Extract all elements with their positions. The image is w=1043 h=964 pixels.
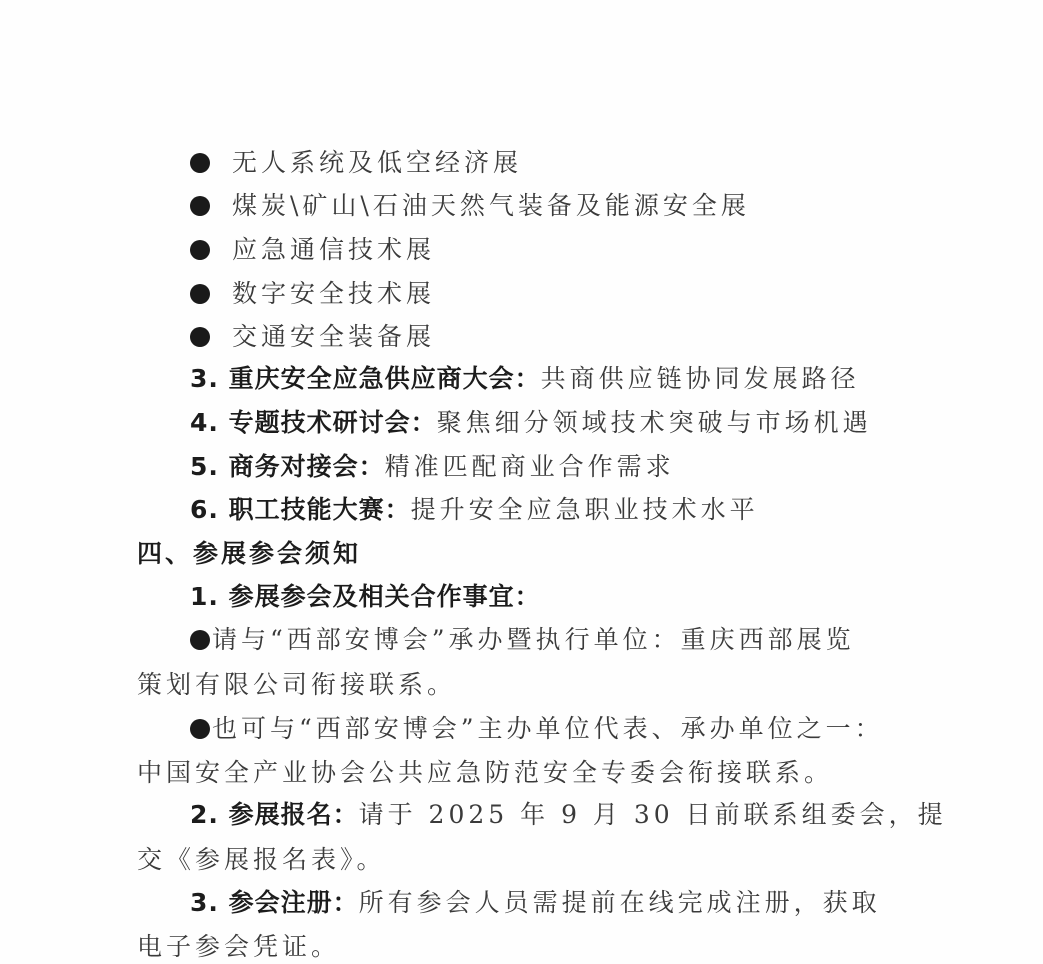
contact-bullet-continuation: 中国安全产业协会公共应急防范安全专委会衔接联系。: [137, 758, 833, 788]
activity-text: 共商供应链协同发展路径: [541, 364, 860, 393]
activity-label: 5. 商务对接会：: [190, 452, 385, 481]
bullet-icon: [190, 196, 210, 216]
activity-item: 6. 职工技能大赛：提升安全应急职业技术水平: [190, 495, 759, 525]
notice-item-continuation: 电子参会凭证。: [137, 932, 340, 962]
bullet-item: 无人系统及低空经济展: [190, 148, 522, 178]
bullet-item: 煤炭\矿山\石油天然气装备及能源安全展: [190, 191, 750, 221]
section-heading: 四、参展参会须知: [137, 539, 361, 569]
activity-text: 精准匹配商业合作需求: [385, 452, 675, 481]
notice-item: 2. 参展报名：请于 2025 年 9 月 30 日前联系组委会，提: [190, 800, 947, 830]
activity-text: 提升安全应急职业技术水平: [411, 495, 759, 524]
bullet-item: 应急通信技术展: [190, 235, 435, 265]
contact-bullet-continuation: 策划有限公司衔接联系。: [137, 670, 456, 700]
activity-item: 5. 商务对接会：精准匹配商业合作需求: [190, 452, 675, 482]
activity-label: 4. 专题技术研讨会：: [190, 408, 437, 437]
notice-item-label: 1. 参展参会及相关合作事宜：: [190, 582, 541, 612]
activity-label: 3. 重庆安全应急供应商大会：: [190, 364, 541, 393]
notice-item-label: 2. 参展报名：: [190, 800, 359, 829]
activity-text: 聚焦细分领域技术突破与市场机遇: [437, 408, 872, 437]
activity-label: 6. 职工技能大赛：: [190, 495, 411, 524]
bullet-icon: [190, 153, 210, 173]
activity-item: 3. 重庆安全应急供应商大会：共商供应链协同发展路径: [190, 364, 860, 394]
notice-item: 3. 参会注册：所有参会人员需提前在线完成注册，获取: [190, 888, 881, 918]
bullet-icon: [190, 630, 210, 650]
bullet-icon: [190, 719, 210, 739]
notice-item-continuation: 交《参展报名表》。: [137, 845, 386, 875]
bullet-icon: [190, 240, 210, 260]
bullet-item: 数字安全技术展: [190, 279, 435, 309]
bullet-item: 交通安全装备展: [190, 322, 435, 352]
document-page: 无人系统及低空经济展 煤炭\矿山\石油天然气装备及能源安全展 应急通信技术展 数…: [0, 0, 1043, 964]
notice-item-label: 3. 参会注册：: [190, 888, 359, 917]
contact-bullet: 请与“西部安博会”承办暨执行单位：重庆西部展览: [190, 625, 855, 655]
bullet-icon: [190, 284, 210, 304]
activity-item: 4. 专题技术研讨会：聚焦细分领域技术突破与市场机遇: [190, 408, 872, 438]
bullet-icon: [190, 327, 210, 347]
contact-bullet: 也可与“西部安博会”主办单位代表、承办单位之一：: [190, 714, 884, 744]
